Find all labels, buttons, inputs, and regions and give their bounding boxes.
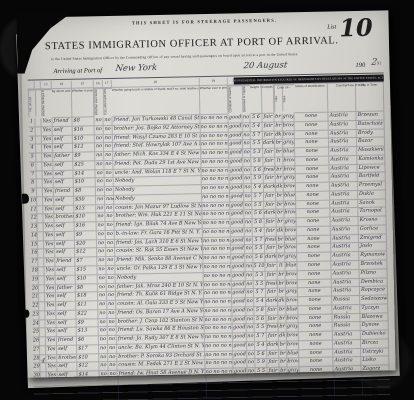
cell-health: good <box>229 132 243 141</box>
cell-ticket: Yes <box>45 320 56 329</box>
arrival-port-handwriting: New York <box>115 63 158 74</box>
cell-in-us-before: no <box>99 354 108 363</box>
cell-in-us-before: no <box>96 213 105 222</box>
cell-passage-paid: self <box>55 223 75 232</box>
cell-hair: br <box>277 245 285 254</box>
cell-when-where: no <box>106 222 115 231</box>
cell-when-where: no <box>108 336 117 345</box>
cell-deformed: no <box>247 342 255 351</box>
cell-deformed: no <box>245 237 253 246</box>
cell-passage-paid: self <box>56 293 76 302</box>
cell-passage-paid: self <box>54 179 74 188</box>
arrival-year-printed: 190 <box>355 62 365 69</box>
cell-health: good <box>229 158 243 167</box>
cell-in-us-before: no <box>97 231 106 240</box>
cell-height: 5 5 <box>253 245 265 254</box>
cell-ticket: Yes <box>45 302 56 311</box>
cell-eyes: brown <box>286 315 298 324</box>
cell-eyes: brown <box>287 332 299 341</box>
cell-passage-paid: self <box>56 319 76 328</box>
cell-passage-paid: friend <box>57 337 77 346</box>
cell-ticket: Yes <box>45 276 56 285</box>
cell-hair: br <box>275 149 283 158</box>
cell-height: 5 5 <box>254 280 266 289</box>
cell-ticket: Yes <box>46 346 57 355</box>
cell-complexion: fair <box>265 228 277 237</box>
cell-when-where: no <box>106 257 115 266</box>
header-health: Condition of health, mental and physical… <box>228 85 243 112</box>
header-height: Height. Ft. In. <box>250 85 263 114</box>
cell-in-us-before: no <box>95 152 104 161</box>
cell-hair: br <box>274 113 282 122</box>
cell-hair: dk <box>277 227 285 236</box>
cell-passage-paid: self <box>55 267 75 276</box>
cell-passage-paid: self <box>55 232 75 241</box>
cell-eyes: gray <box>283 140 295 149</box>
cell-health: good <box>231 263 245 272</box>
cell-when-where: no <box>104 126 113 135</box>
cell-height: 5 7 <box>255 333 267 342</box>
cell-hair: br <box>279 350 287 359</box>
cell-eyes: brown <box>283 131 295 140</box>
cell-in-us-before: no <box>94 117 103 126</box>
cell-deformed: no <box>247 333 255 342</box>
arrival-prefix: Arriving at Port of <box>53 67 102 75</box>
cell-passage-paid: self <box>56 311 76 320</box>
header-when-where: If so, when and where? <box>103 88 113 115</box>
cell-deformed: no <box>247 324 255 333</box>
cell-eyes: blue <box>286 306 298 315</box>
cell-in-us-before: no <box>98 292 107 301</box>
cell-ticket: Yes <box>43 197 54 206</box>
cell-deformed: no <box>246 298 254 307</box>
cell-height: 5 7 <box>253 237 265 246</box>
cell-health: good <box>233 351 247 360</box>
cell-health: good <box>232 281 246 290</box>
cell-ticket: Yes <box>43 188 54 197</box>
cell-deformed: no <box>242 114 250 123</box>
cell-height: 5 5 <box>251 140 263 149</box>
cell-in-us-before: no <box>98 301 107 310</box>
cell-hair: br <box>277 236 285 245</box>
cell-hair: br <box>275 166 283 175</box>
cell-height: 5 5 <box>252 202 264 211</box>
cell-complexion: fair <box>265 263 277 272</box>
cell-when-where: no <box>104 169 113 178</box>
cell-eyes: brown <box>286 271 298 280</box>
cell-health: good <box>229 149 243 158</box>
cell-height: 5 4 <box>253 228 265 237</box>
cell-health: good <box>229 141 243 150</box>
cell-eyes: brown <box>283 157 295 166</box>
cell-deformed: no <box>247 351 255 360</box>
cell-passage-paid: friend <box>52 118 72 127</box>
cell-when-where: no <box>106 266 115 275</box>
cell-complexion: dark <box>263 140 275 149</box>
cell-in-us-before: no <box>97 257 106 266</box>
cell-in-us-before: no <box>99 327 108 336</box>
header-passage-paid: By whom was passage paid? <box>52 89 73 118</box>
cell-deformed: no <box>243 167 251 176</box>
cell-hair: br <box>275 140 283 149</box>
cell-passage-paid: friend <box>54 188 74 197</box>
cell-complexion: fair <box>266 271 278 280</box>
cell-passage-paid: self <box>53 135 73 144</box>
cell-ticket: Yes <box>45 285 56 294</box>
cell-eyes: blue <box>287 350 299 359</box>
cell-complexion: fair <box>263 149 275 158</box>
header-deformed: Deformed or crippled. <box>242 85 251 112</box>
cell-deformed: no <box>245 254 253 263</box>
cell-in-us-before: no <box>95 135 104 144</box>
cell-in-us-before: no <box>96 196 105 205</box>
cell-ticket: Yes <box>46 355 57 364</box>
page-title: STATES IMMIGRATION OFFICER AT PORT OF AR… <box>45 35 339 52</box>
cell-health: good <box>231 255 245 264</box>
cell-eyes: brown <box>287 341 299 350</box>
cell-height: 5 4 <box>255 342 267 351</box>
cell-in-us-before: no <box>95 170 104 179</box>
cell-health: good <box>232 307 246 316</box>
cell-in-us-before: no <box>98 275 107 284</box>
cell-complexion: fair <box>266 306 278 315</box>
cell-eyes: brown <box>283 166 295 175</box>
cell-height: 5 6 <box>253 254 265 263</box>
cell-hair: lt <box>277 262 285 271</box>
cell-complexion: fresh <box>263 166 275 175</box>
cell-when-where: no <box>107 283 116 292</box>
header-join-relative: Whether going to join a relative or frie… <box>112 86 201 117</box>
cell-complexion: fresh <box>265 236 277 245</box>
cell-deformed: no <box>244 193 252 202</box>
cell-eyes: brown <box>287 359 299 368</box>
cell-eyes: brown <box>286 297 298 306</box>
cell-hair: br <box>278 315 286 324</box>
cell-height: 5 10 <box>253 263 265 272</box>
cell-health: good <box>230 176 244 185</box>
cell-hair: br <box>278 289 286 298</box>
cell-when-where: no <box>105 205 114 214</box>
cell-passage-paid: brother <box>54 214 74 223</box>
cell-hair: dk <box>279 333 287 342</box>
cell-health: good <box>231 246 245 255</box>
cell-health: good <box>231 219 245 228</box>
cell-eyes: brown <box>284 183 296 192</box>
arrival-date-handwriting: 20 August <box>243 60 288 71</box>
cell-hair: br <box>279 359 287 368</box>
cell-complexion: dark <box>264 210 276 219</box>
cell-complexion: fair <box>267 333 279 342</box>
cell-when-where: no <box>107 275 116 284</box>
cell-height: 5 3 <box>254 272 266 281</box>
cell-height: 5 5 <box>255 324 267 333</box>
cell-deformed: no <box>244 175 252 184</box>
cell-eyes: brown <box>283 122 295 131</box>
cell-height: 5 4 <box>252 184 264 193</box>
cell-height: 5 8 <box>253 219 265 228</box>
cell-ticket: Yes <box>42 127 53 136</box>
cell-passage-paid: self <box>57 328 77 337</box>
cell-eyes: brown <box>286 280 298 289</box>
cell-in-us-before: no <box>95 161 104 170</box>
cell-health: good <box>231 228 245 237</box>
cell-height: 5 6 <box>255 351 267 360</box>
cell-hair: br <box>276 210 284 219</box>
cell-health: good <box>233 333 247 342</box>
cell-passage-paid: self <box>54 205 74 214</box>
cell-in-us-before: no <box>97 240 106 249</box>
cell-deformed: no <box>245 219 253 228</box>
cell-complexion: fair <box>266 315 278 324</box>
cell-ticket: Yes <box>46 363 57 372</box>
edge-nick <box>24 310 29 318</box>
cell-health: good <box>232 298 246 307</box>
cell-health: good <box>232 290 246 299</box>
cell-hair: br <box>276 175 284 184</box>
cell-passage-paid: self <box>54 170 74 179</box>
cell-height: 5 7 <box>252 193 264 202</box>
table-grid: 13141516171819202122232425262728 No. on … <box>28 74 390 381</box>
cell-height: 5 4 <box>251 123 263 132</box>
cell-ticket: Yes <box>43 171 54 180</box>
cell-deformed: no <box>246 272 254 281</box>
cell-complexion: fair <box>266 289 278 298</box>
cell-ticket: Yes <box>45 293 56 302</box>
cell-in-us-before: no <box>98 284 107 293</box>
cell-hair: br <box>275 122 283 131</box>
cell-eyes: blue <box>283 148 295 157</box>
cell-height: 5 6 <box>252 210 264 219</box>
header-complexion: Complexion. <box>262 85 275 114</box>
cell-passage-paid: self <box>56 275 76 284</box>
cell-complexion: fresh <box>267 324 279 333</box>
cell-ticket: Yes <box>44 241 55 250</box>
cell-passage-paid: self <box>53 162 73 171</box>
cell-deformed: no <box>246 316 254 325</box>
cell-eyes: gray <box>284 175 296 184</box>
cell-in-us-before: no <box>97 249 106 258</box>
cell-hair: lt <box>275 157 283 166</box>
cell-when-where: no <box>105 187 114 196</box>
cell-complexion: fair <box>264 201 276 210</box>
cell-hair: br <box>278 280 286 289</box>
cell-deformed: no <box>243 123 251 132</box>
cell-eyes: gray <box>286 289 298 298</box>
cell-deformed: no <box>245 228 253 237</box>
cell-in-us-before: no <box>97 266 106 275</box>
cell-eyes: gray <box>285 253 297 262</box>
cell-passage-paid: self <box>55 249 75 258</box>
cell-in-us-before: no <box>95 143 104 152</box>
cell-passage-paid: self <box>56 302 76 311</box>
cell-eyes: blue <box>284 192 296 201</box>
cell-in-us-before: no <box>95 126 104 135</box>
cell-in-us-before: no <box>98 319 107 328</box>
paper-speck <box>278 133 280 134</box>
cell-money: $12 <box>75 249 97 258</box>
cell-in-us-before: no <box>96 187 105 196</box>
cell-height: 5 8 <box>251 158 263 167</box>
cell-complexion: fair <box>264 175 276 184</box>
cell-complexion: fair <box>265 245 277 254</box>
cell-when-where: no <box>106 231 115 240</box>
cell-in-us-before: no <box>99 336 108 345</box>
cell-complexion: dark <box>265 254 277 263</box>
cell-in-us-before: no <box>96 205 105 214</box>
cell-health: good <box>230 184 244 193</box>
cell-in-us-before: no <box>98 310 107 319</box>
cell-hair: dk <box>276 184 284 193</box>
cell-ticket: Yes <box>46 337 57 346</box>
cell-eyes: gray <box>287 324 299 333</box>
paper-speck <box>112 198 114 200</box>
cell-deformed: no <box>245 263 253 272</box>
cell-in-us-before: no <box>99 362 108 371</box>
cell-eyes: brown <box>284 201 296 210</box>
cell-hair: dk <box>278 298 286 307</box>
cell-hair: br <box>279 324 287 333</box>
cell-height: 5 9 <box>255 359 267 368</box>
cell-complexion: dark <box>266 298 278 307</box>
cell-complexion: fresh <box>266 280 278 289</box>
manifest-table: SUPPLEMENTAL INFORMATION REQUIRED OF IMM… <box>28 74 390 381</box>
cell-when-where: no <box>107 310 116 319</box>
cell-health: good <box>230 202 244 211</box>
cell-passage-paid: self <box>57 346 77 355</box>
cell-height: 5 6 <box>251 166 263 175</box>
cell-height: 5 6 <box>250 114 262 123</box>
cell-height: 5 9 <box>252 175 264 184</box>
cell-hair: br <box>277 254 285 263</box>
cell-health: good <box>230 211 244 220</box>
cell-deformed: no <box>246 281 254 290</box>
cell-in-us-before: no <box>99 345 108 354</box>
list-label: List <box>327 24 336 30</box>
cell-ticket: Yes <box>43 206 54 215</box>
cell-when-where: no <box>107 301 116 310</box>
cell-complexion: fair <box>263 157 275 166</box>
column-number: 13 <box>41 81 52 89</box>
cell-passage-paid: self <box>57 363 77 372</box>
cell-when-where: no <box>108 345 117 354</box>
cell-health: good <box>232 272 246 281</box>
group-header-color-of: Color of— <box>274 85 294 89</box>
cell-deformed: no <box>244 211 252 220</box>
cell-hair: br <box>279 341 287 350</box>
manifest-sheet: THIS SHEET IS FOR STEERAGE PASSENGERS. L… <box>20 10 395 377</box>
cell-ticket: Yes <box>44 267 55 276</box>
cell-eyes: gray <box>285 218 297 227</box>
cell-ticket: Yes <box>45 311 56 320</box>
header-prison-polygamist-anarchist: Whether ever in prison or almshouse; pol… <box>200 86 229 116</box>
cell-deformed: no <box>246 289 254 298</box>
cell-complexion: fair <box>263 131 275 140</box>
cell-health: good <box>231 237 245 246</box>
scan-background: THIS SHEET IS FOR STEERAGE PASSENGERS. L… <box>0 0 414 400</box>
cell-ticket: Yes <box>43 179 54 188</box>
cell-ticket: Yes <box>44 223 55 232</box>
paper-speck <box>346 311 347 313</box>
header-marks: Marks of identification. <box>294 84 329 114</box>
cell-money: $13 <box>77 328 99 337</box>
cell-eyes: gray <box>282 113 294 122</box>
cell-passage-paid: father <box>53 153 73 162</box>
cell-money: $14 <box>73 170 95 179</box>
cell-passage-paid: father <box>56 284 76 293</box>
cell-complexion: fair <box>267 359 279 368</box>
cell-deformed: no <box>245 246 253 255</box>
cell-ticket: Yes <box>41 118 52 127</box>
cell-ticket: Yes <box>44 250 55 259</box>
cell-health: good <box>229 123 243 132</box>
cell-ticket: Yes <box>42 136 53 145</box>
column-number: 16 <box>94 80 103 88</box>
cell-height: 5 3 <box>251 149 263 158</box>
cell-when-where: no <box>103 117 112 126</box>
cell-in-us-before: no <box>97 222 106 231</box>
cell-deformed: no <box>243 132 251 141</box>
cell-complexion: dark <box>267 342 279 351</box>
cell-health: good <box>228 114 242 123</box>
cell-complexion: fair <box>265 219 277 228</box>
cell-passage-paid: brother <box>57 354 77 363</box>
cell-hair: br <box>278 271 286 280</box>
cell-ticket: Yes <box>43 215 54 224</box>
cell-health: good <box>233 360 247 369</box>
cell-deformed: no <box>243 140 251 149</box>
margin-page-number: 91 <box>377 60 382 65</box>
cell-eyes: brown <box>285 245 297 254</box>
cell-when-where: no <box>104 134 113 143</box>
cell-hair: br <box>277 219 285 228</box>
cell-when-where: no <box>104 161 113 170</box>
cell-health: good <box>233 342 247 351</box>
cell-passage-paid: self <box>53 126 73 135</box>
cell-deformed: no <box>243 158 251 167</box>
cell-ticket: Yes <box>42 153 53 162</box>
cell-complexion: fair <box>263 122 275 131</box>
cell-deformed: no <box>247 360 255 369</box>
cell-when-where: no <box>106 240 115 249</box>
cell-eyes: blue <box>285 236 297 245</box>
cell-when-where: no <box>107 292 116 301</box>
cell-ticket: Yes <box>42 144 53 153</box>
cell-ticket: Yes <box>44 232 55 241</box>
cell-height: 5 8 <box>254 307 266 316</box>
cell-ticket: Yes <box>42 162 53 171</box>
cell-deformed: no <box>244 184 252 193</box>
cell-height: 5 6 <box>254 315 266 324</box>
cell-passage-paid: self <box>53 144 73 153</box>
cell-hair: br <box>278 306 286 315</box>
cell-height: 5 4 <box>254 298 266 307</box>
cell-height: 5 7 <box>251 131 263 140</box>
cell-ticket: Yes <box>44 258 55 267</box>
cell-hair: br <box>276 192 284 201</box>
cell-health: good <box>233 325 247 334</box>
cell-deformed: no <box>243 149 251 158</box>
cell-eyes: brown <box>285 227 297 236</box>
cell-when-where: no <box>105 213 114 222</box>
cell-when-where: no <box>104 152 113 161</box>
cell-when-where: no <box>105 178 114 187</box>
cell-when-where: no <box>107 318 116 327</box>
cell-complexion: fair <box>267 350 279 359</box>
cell-passage-paid: self <box>55 240 75 249</box>
cell-health: good <box>230 193 244 202</box>
cell-passage-paid: friend <box>55 258 75 267</box>
cell-ticket: Yes <box>46 328 57 337</box>
